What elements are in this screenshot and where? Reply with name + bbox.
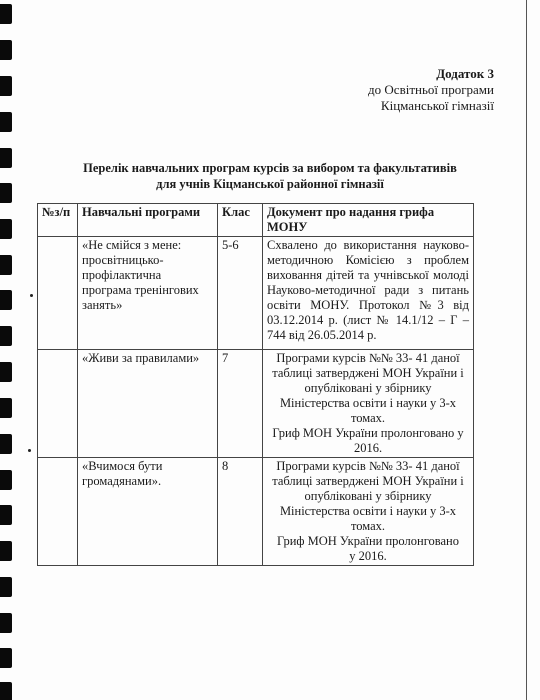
table-row: «Вчимося бути громадянами». 8 Програми к… [38, 458, 474, 566]
document-line: таблиці затверджені МОН України і [267, 366, 469, 381]
cell-class: 7 [218, 350, 263, 458]
document-line: томах. [267, 519, 469, 534]
cell-class: 5-6 [218, 237, 263, 350]
binding-hole [0, 290, 12, 310]
table-header-row: №з/п Навчальні програми Клас Документ пр… [38, 204, 474, 237]
document-line: Міністерства освіти і науки у 3-х [267, 504, 469, 519]
binding-hole [0, 219, 12, 239]
cell-program: «Вчимося бути громадянами». [78, 458, 218, 566]
document-line: опубліковані у збірнику [267, 381, 469, 396]
header-number: №з/п [38, 204, 78, 237]
table-row: «Не смійся з мене: просвітницько-профіла… [38, 237, 474, 350]
header-document: Документ про надання грифа МОНУ [263, 204, 474, 237]
document-line: Програми курсів №№ 33- 41 даної [267, 459, 469, 474]
cell-document: Програми курсів №№ 33- 41 даної таблиці … [263, 458, 474, 566]
document-title-line: Перелік навчальних програм курсів за виб… [60, 160, 480, 176]
binding-hole [0, 577, 12, 597]
cell-number [38, 350, 78, 458]
scan-speck [30, 294, 33, 297]
document-line: опубліковані у збірнику [267, 489, 469, 504]
binding-hole [0, 326, 12, 346]
binding-hole [0, 112, 12, 132]
document-line: Міністерства освіти і науки у 3-х [267, 396, 469, 411]
document-line: Гриф МОН України пролонговано [267, 534, 469, 549]
binding-hole [0, 682, 12, 700]
cell-program: «Не смійся з мене: просвітницько-профіла… [78, 237, 218, 350]
binding-hole [0, 4, 12, 24]
cell-program: «Живи за правилами» [78, 350, 218, 458]
programs-table: №з/п Навчальні програми Клас Документ пр… [37, 203, 474, 566]
cell-class: 8 [218, 458, 263, 566]
page-edge [526, 0, 527, 700]
binding-hole [0, 505, 12, 525]
binding-hole [0, 613, 12, 633]
binding-hole [0, 398, 12, 418]
scan-speck [28, 449, 31, 452]
binding-hole [0, 40, 12, 60]
cell-number [38, 237, 78, 350]
binding-hole [0, 255, 12, 275]
binding-hole [0, 648, 12, 668]
header-program: Навчальні програми [78, 204, 218, 237]
document-line: Гриф МОН України пролонговано у [267, 426, 469, 441]
appendix-header: Додаток 3 до Освітньої програми Кіцмансь… [368, 66, 494, 114]
cell-document: Схвалено до використання науково-методич… [263, 237, 474, 350]
document-line: томах. [267, 411, 469, 426]
appendix-line: Кіцманської гімназії [368, 98, 494, 114]
binding-hole [0, 183, 12, 203]
document-title: Перелік навчальних програм курсів за виб… [60, 160, 480, 192]
document-line: у 2016. [267, 549, 469, 564]
binding-hole [0, 434, 12, 454]
binding-hole [0, 470, 12, 490]
binding-hole [0, 76, 12, 96]
appendix-title: Додаток 3 [368, 66, 494, 82]
document-title-line: для учнів Кіцманської районної гімназії [60, 176, 480, 192]
document-line: Програми курсів №№ 33- 41 даної [267, 351, 469, 366]
document-line: таблиці затверджені МОН України і [267, 474, 469, 489]
cell-document: Програми курсів №№ 33- 41 даної таблиці … [263, 350, 474, 458]
appendix-line: до Освітньої програми [368, 82, 494, 98]
header-class: Клас [218, 204, 263, 237]
cell-number [38, 458, 78, 566]
document-line: 2016. [267, 441, 469, 456]
binding-hole [0, 362, 12, 382]
binding-hole [0, 148, 12, 168]
binding-hole [0, 541, 12, 561]
binding-holes [0, 0, 14, 700]
table-row: «Живи за правилами» 7 Програми курсів №№… [38, 350, 474, 458]
